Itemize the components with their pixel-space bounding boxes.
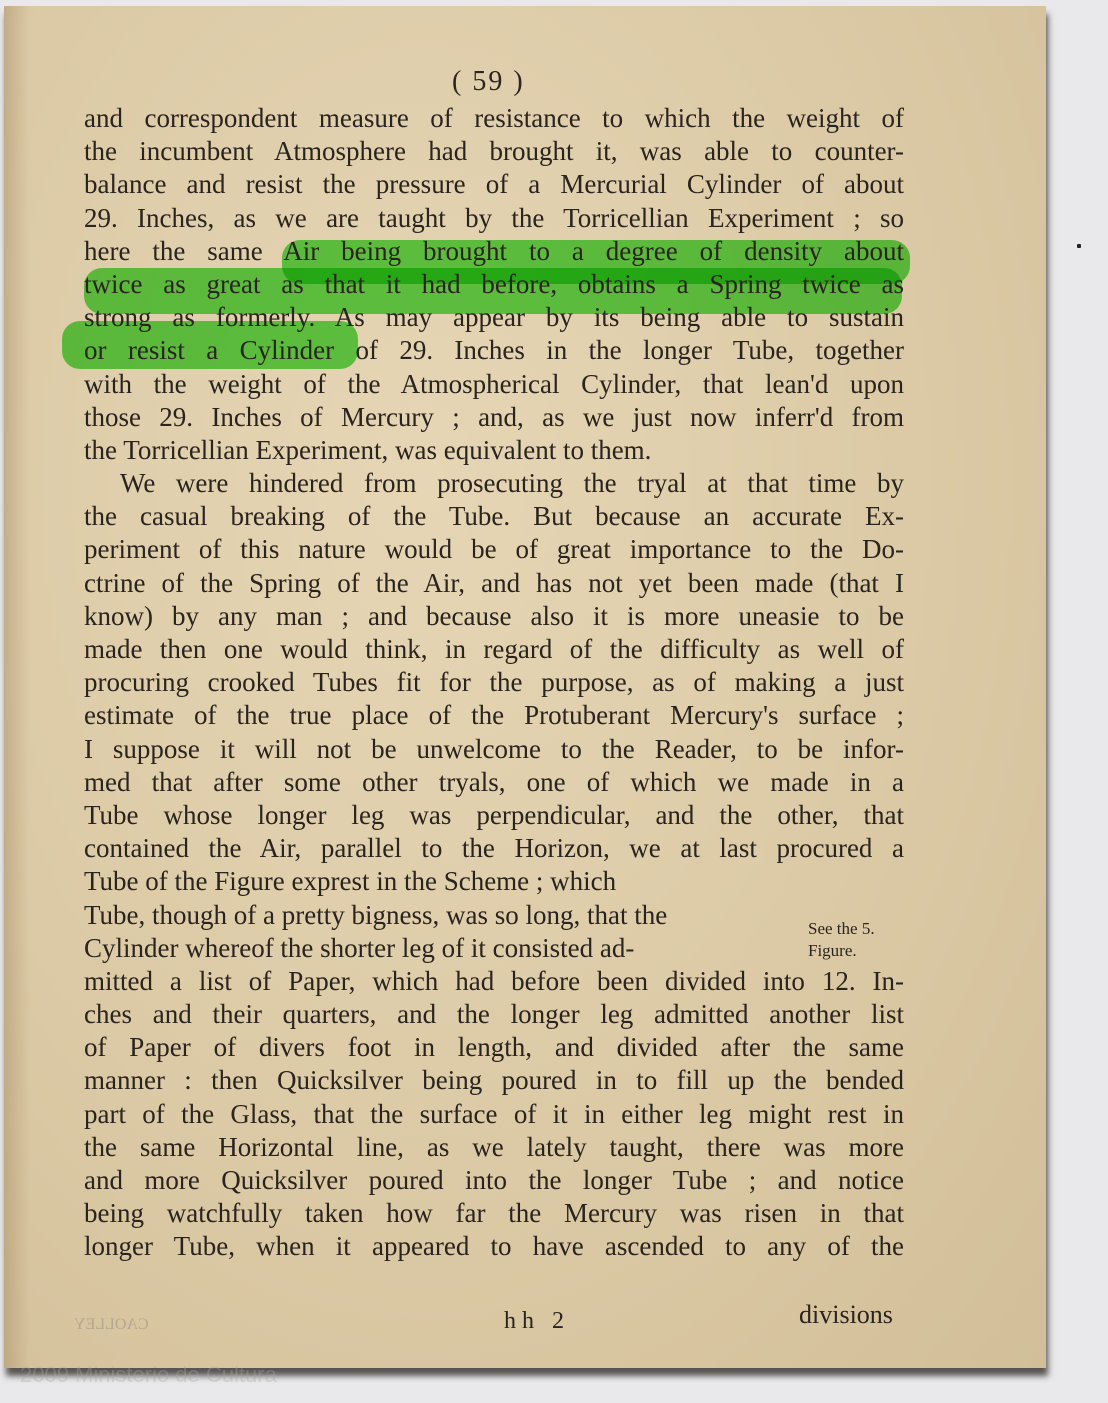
text-line: Cylinder whereof the shorter leg of it c… bbox=[84, 932, 774, 965]
margin-note-line: Figure. bbox=[808, 940, 875, 962]
text-line: med that after some other tryals, one of… bbox=[84, 766, 904, 799]
text-line: the same Horizontal line, as we lately t… bbox=[84, 1131, 904, 1164]
text-line: procuring crooked Tubes fit for the purp… bbox=[84, 666, 904, 699]
text-line: made then one would think, in regard of … bbox=[84, 633, 904, 666]
text-line: with the weight of the Atmospherical Cyl… bbox=[84, 368, 904, 401]
text-line: 29. Inches, as we are taught by the Torr… bbox=[84, 202, 904, 235]
margin-note: See the 5. Figure. bbox=[808, 918, 875, 962]
page-number: ( 59 ) bbox=[452, 66, 525, 98]
bleed-through-text: CAOLLEY bbox=[74, 1316, 149, 1334]
dust-speck bbox=[1077, 244, 1081, 248]
text-line: ctrine of the Spring of the Air, and has… bbox=[84, 567, 904, 600]
signature-mark: hh 2 bbox=[504, 1308, 570, 1335]
text-line: contained the Air, parallel to the Horiz… bbox=[84, 832, 904, 865]
text-line: Tube, though of a pretty bigness, was so… bbox=[84, 899, 774, 932]
text-line: estimate of the true place of the Protub… bbox=[84, 699, 904, 732]
text-line: the incumbent Atmosphere had brought it,… bbox=[84, 135, 904, 168]
text-line: know) by any man ; and because also it i… bbox=[84, 600, 904, 633]
text-line: balance and resist the pressure of a Mer… bbox=[84, 168, 904, 201]
text-line: being watchfully taken how far the Mercu… bbox=[84, 1197, 904, 1230]
highlighted-text-line: here the same Air being brought to a deg… bbox=[84, 235, 904, 268]
text-line: of Paper of divers foot in length, and d… bbox=[84, 1031, 904, 1064]
text-line: or resist a Cylinder of 29. Inches in th… bbox=[84, 334, 904, 367]
text-line: ches and their quarters, and the longer … bbox=[84, 998, 904, 1031]
highlighted-text-line: twice as great as that it had before, ob… bbox=[84, 268, 904, 301]
text-line: manner : then Quicksilver being poured i… bbox=[84, 1064, 904, 1097]
text-line: and correspondent measure of resistance … bbox=[84, 102, 904, 135]
highlighted-text-line: strong as formerly. As may appear by its… bbox=[84, 301, 904, 334]
text-line: and more Quicksilver poured into the lon… bbox=[84, 1164, 904, 1197]
text-line: Tube whose longer leg was perpendicular,… bbox=[84, 799, 904, 832]
text-line: Tube of the Figure exprest in the Scheme… bbox=[84, 865, 774, 898]
margin-note-line: See the 5. bbox=[808, 918, 875, 940]
text-line: longer Tube, when it appeared to have as… bbox=[84, 1230, 904, 1263]
text-line: I suppose it will not be unwelcome to th… bbox=[84, 733, 904, 766]
text-line: the casual breaking of the Tube. But bec… bbox=[84, 500, 904, 533]
watermark: 2009 Ministerio de Cultura bbox=[20, 1362, 277, 1388]
catchword: divisions bbox=[799, 1300, 893, 1330]
paragraph-start-line: We were hindered from prosecuting the tr… bbox=[84, 467, 904, 500]
text-line: periment of this nature would be of grea… bbox=[84, 533, 904, 566]
text-line: the Torricellian Experiment, was equival… bbox=[84, 434, 904, 467]
text-line: those 29. Inches of Mercury ; and, as we… bbox=[84, 401, 904, 434]
body-text: and correspondent measure of resistance … bbox=[84, 102, 904, 1264]
book-page: ( 59 ) and correspondent measure of resi… bbox=[4, 6, 1046, 1368]
text-line: mitted a list of Paper, which had before… bbox=[84, 965, 904, 998]
text-line: part of the Glass, that the surface of i… bbox=[84, 1098, 904, 1131]
